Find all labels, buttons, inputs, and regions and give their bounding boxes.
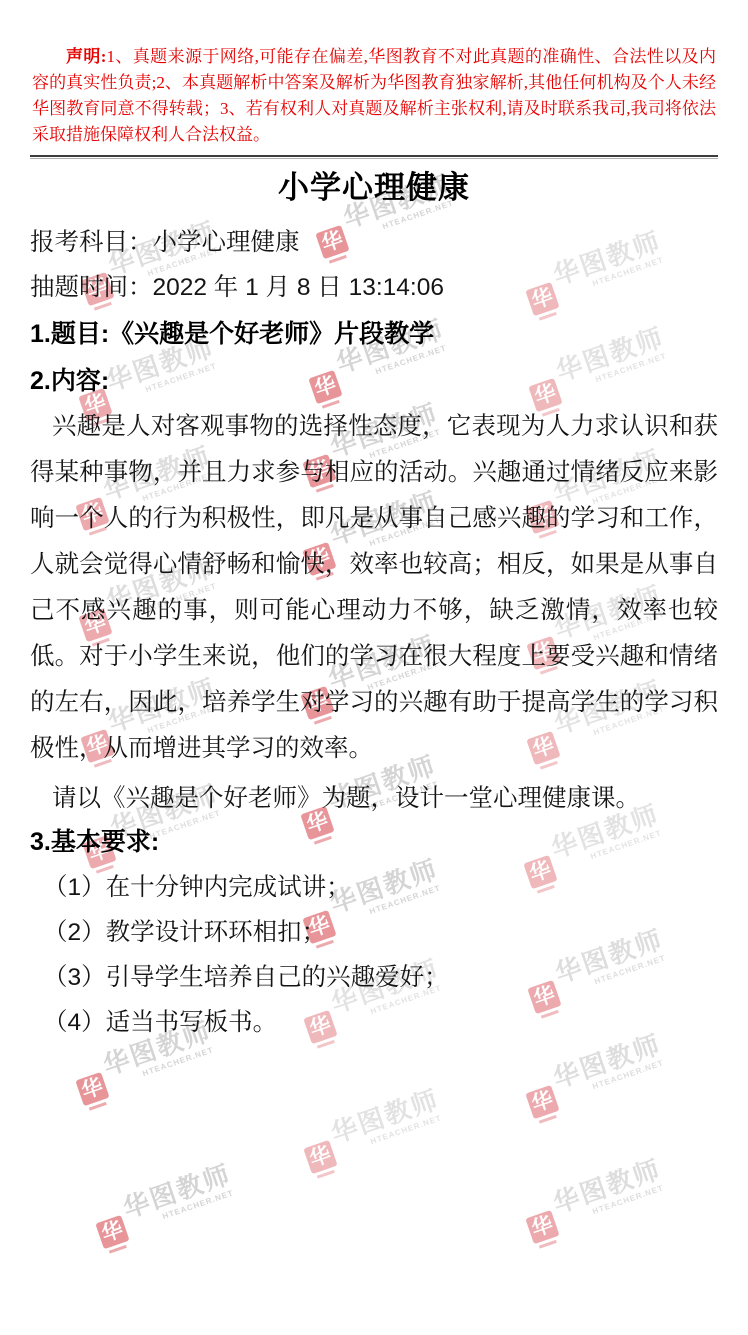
topic-heading: 1.题目:《兴趣是个好老师》片段教学 [30,316,718,353]
meta-draw-time-value: 2022 年 1 月 8 日 13:14:06 [153,274,444,301]
document-content: 声明:1、真题来源于网络,可能存在偏差,华图教育不对此真题的准确性、合法性以及内… [0,44,748,1045]
watermark-brand-url: HTEACHER.NET [161,1188,238,1222]
huatu-logo-icon: 华 [303,1140,337,1174]
divider-line [30,155,718,159]
requirement-item-1: （1）在十分钟内完成试讲； [43,865,718,910]
huatu-logo-icon: 华 [525,1085,559,1119]
meta-draw-time: 抽题时间：2022 年 1 月 8 日 13:14:06 [30,270,718,306]
watermark: 华华图教师HTEACHER.NET [520,1156,670,1244]
disclaimer-label: 声明: [66,47,106,66]
watermark-brand-url: HTEACHER.NET [141,1045,218,1079]
content-paragraph-2: 请以《兴趣是个好老师》为题，设计一堂心理健康课。 [30,776,718,822]
requirement-item-3: （3）引导学生培养自己的兴趣爱好； [43,955,718,1000]
meta-subject-label: 报考科目： [30,229,153,256]
watermark: 华华图教师HTEACHER.NET [90,1161,240,1249]
page-title: 小学心理健康 [30,169,718,207]
huatu-logo-icon: 华 [75,1072,109,1106]
meta-subject: 报考科目：小学心理健康 [30,225,718,261]
watermark-brand-url: HTEACHER.NET [591,1058,668,1092]
watermark-brand-url: HTEACHER.NET [369,1113,446,1147]
requirement-item-4: （4）适当书写板书。 [43,1000,718,1045]
watermark-brand-text: 华图教师 [550,1156,665,1218]
content-paragraph-1: 兴趣是人对客观事物的选择性态度，它表现为人力求认识和获得某种事物，并且力求参与相… [30,404,718,772]
content-heading: 2.内容: [30,363,718,400]
huatu-logo-icon: 华 [95,1215,129,1249]
watermark: 华华图教师HTEACHER.NET [298,1086,448,1174]
huatu-logo-icon: 华 [525,1210,559,1244]
watermark-brand-text: 华图教师 [328,1086,443,1148]
document-page: 华华图教师HTEACHER.NET华华图教师HTEACHER.NET华华图教师H… [0,0,748,1335]
watermark-brand-text: 华图教师 [120,1161,235,1223]
meta-draw-time-label: 抽题时间： [30,274,153,301]
meta-subject-value: 小学心理健康 [153,229,300,256]
disclaimer: 声明:1、真题来源于网络,可能存在偏差,华图教育不对此真题的准确性、合法性以及内… [32,44,716,148]
requirements-heading: 3.基本要求: [30,824,718,861]
disclaimer-body: 1、真题来源于网络,可能存在偏差,华图教育不对此真题的准确性、合法性以及内容的真… [32,47,716,144]
watermark-brand-url: HTEACHER.NET [591,1183,668,1217]
requirement-item-2: （2）教学设计环环相扣； [43,910,718,955]
